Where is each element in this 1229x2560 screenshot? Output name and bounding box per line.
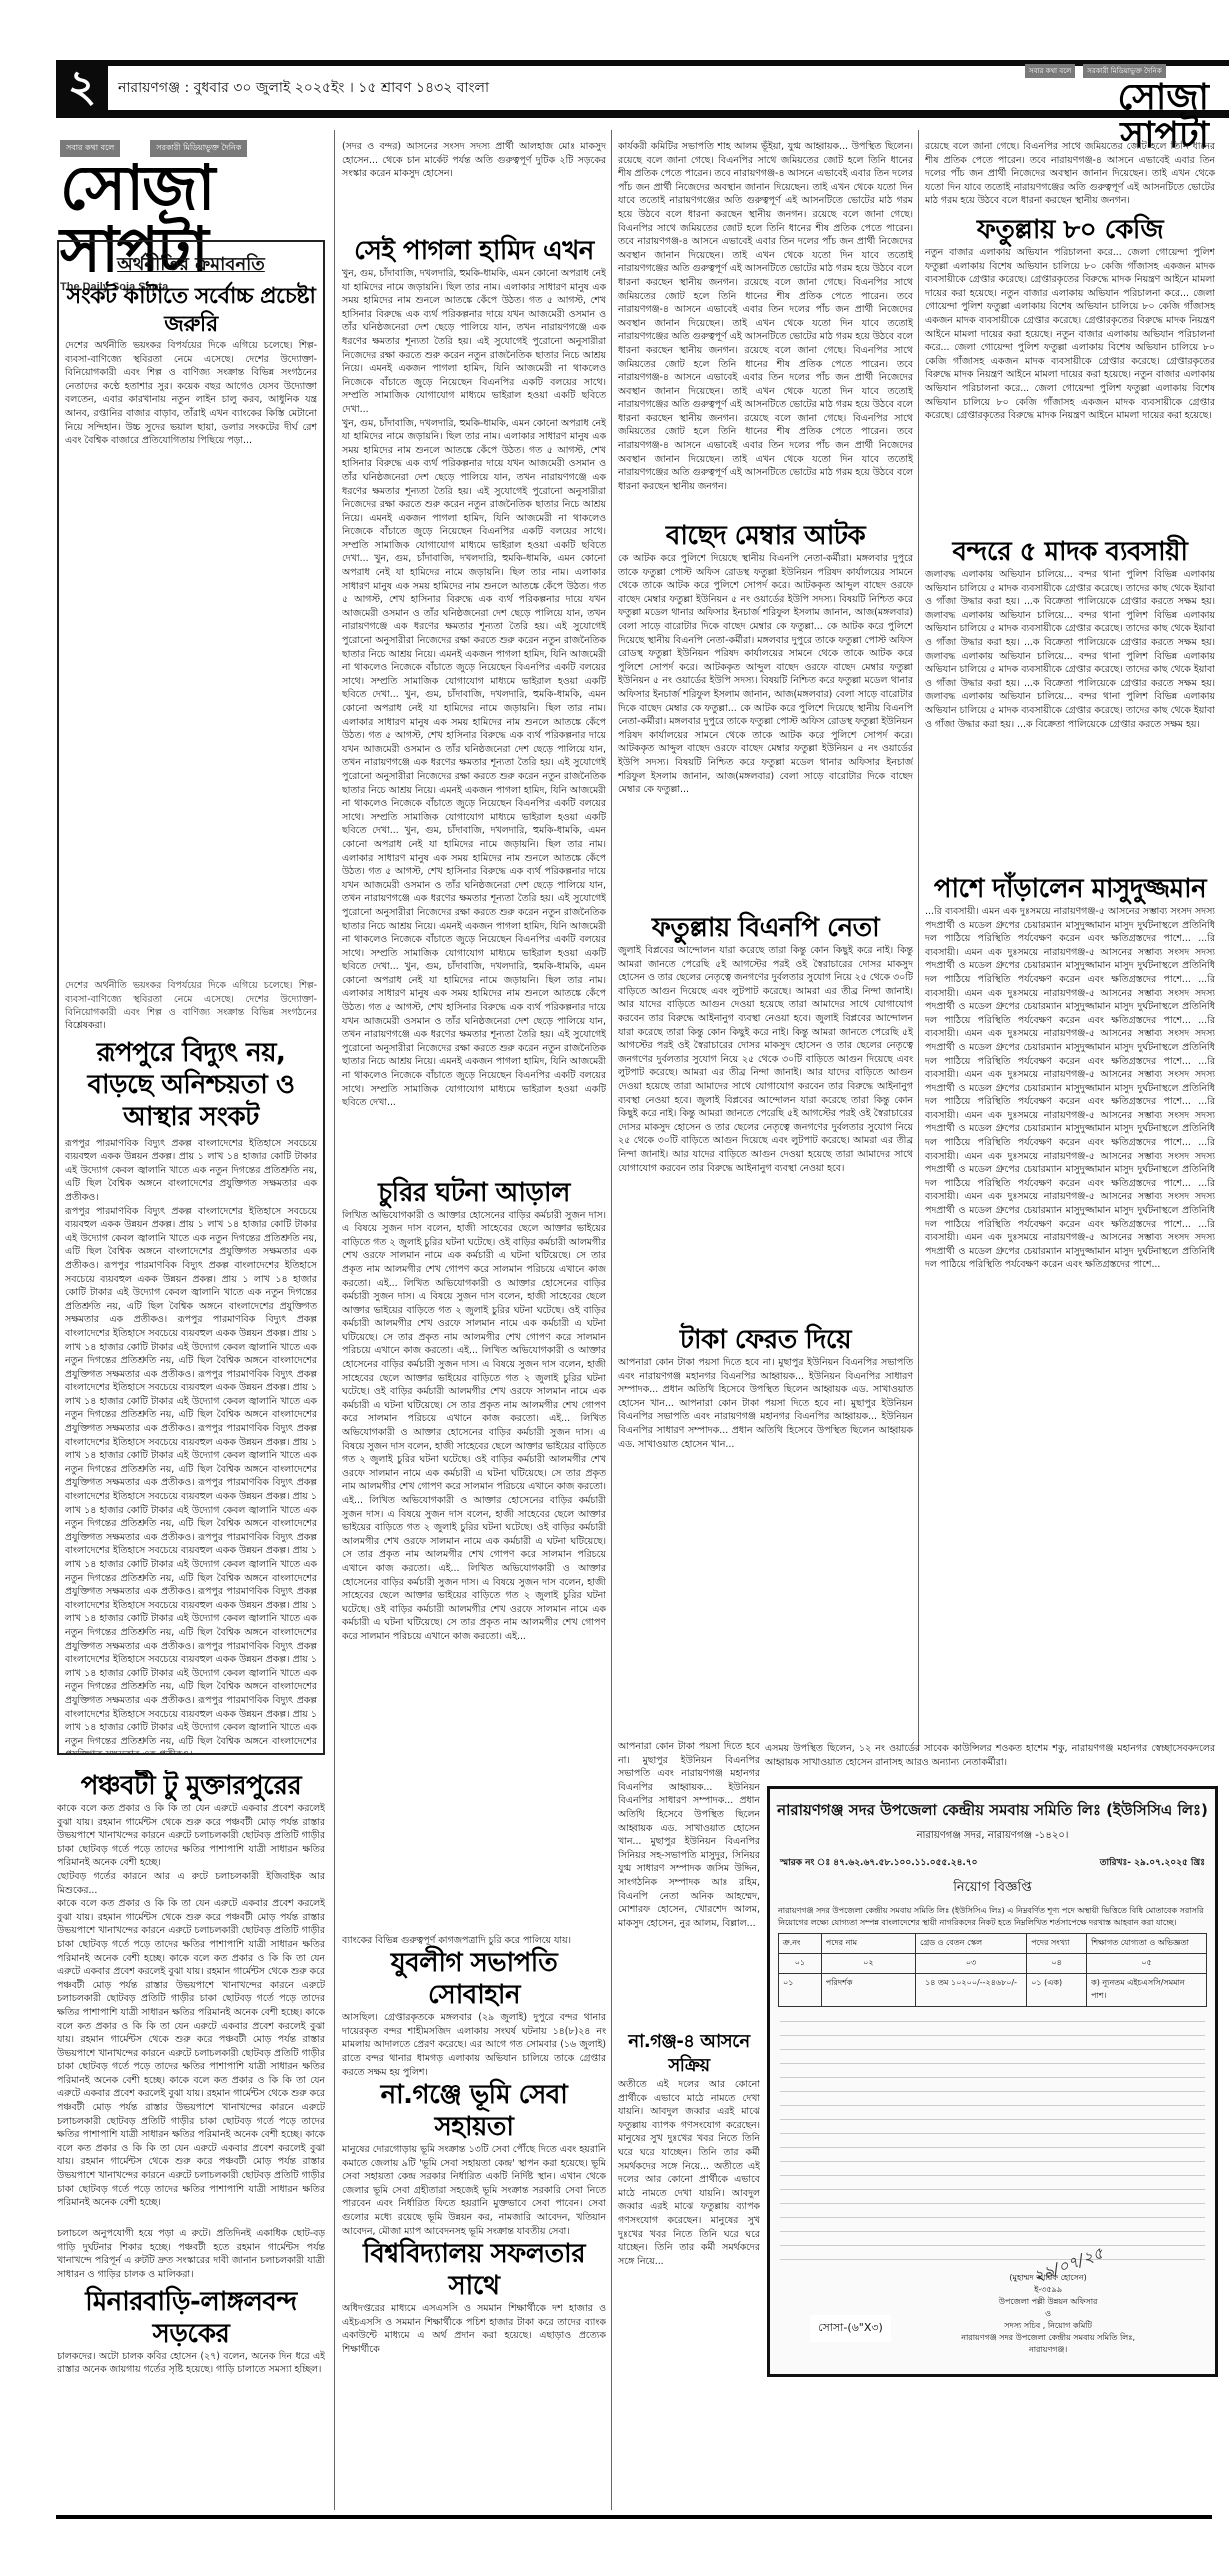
panchabati-body: কাকে বলে কত প্রকার ও কি কি তা যেন এরুটে …	[57, 1802, 325, 1870]
panchabati-body2: ছোটবড় গর্তের কারনে আর এ রুটে চলাচলকারী …	[57, 1870, 325, 1897]
panchabati-article: পঞ্চবটী টু মুক্তারপুরের কাকে বলে কত প্রক…	[57, 1770, 325, 2510]
fatullah-80kg-headline: ফতুল্লায় ৮০ কেজি	[925, 214, 1215, 246]
editorial-body: দেশের অর্থনীতি ভয়ংকর বিপর্যয়ের দিকে এগ…	[65, 339, 317, 979]
ad-intro: নারায়ণগঞ্জ সদর উপজেলা কেন্দ্রীয় সমবায়…	[770, 1899, 1215, 1929]
bachhed-body: কে আটক করে পুলিশে দিয়েছে স্থানীয় বিএনপ…	[618, 552, 913, 912]
bandar-drug-headline: বন্দরে ৫ মাদক ব্যবসায়ী	[925, 536, 1215, 568]
header-inner: নারায়ণগঞ্জ : বুধবার ৩০ জুলাই ২০২৫ইং । ১…	[108, 66, 1229, 110]
dateline: নারায়ণগঞ্জ : বুধবার ৩০ জুলাই ২০২৫ইং । ১…	[118, 76, 489, 100]
ad-date: তারিখঃ- ২৯.০৭.২০২৫ খ্রিঃ	[1100, 1855, 1205, 1870]
fatullah-bnp-headline: ফতুল্লায় বিএনপি নেতা	[618, 912, 913, 944]
page-header-band: ২ নারায়ণগঞ্জ : বুধবার ৩০ জুলাই ২০২৫ইং ।…	[56, 60, 1229, 118]
table-numbering-row: ০১ ০২ ০৩ ০৪ ০৫	[779, 1954, 1207, 1974]
column-2: (সদর ও বন্দর) আসনের সংসদ সদস্য প্রার্থী …	[342, 140, 606, 2510]
column-3: কার্যকরী কমিটির সভাপতি শাহ আলম ভূঁইয়া, …	[618, 140, 913, 1740]
ad-org-name: নারায়ণগঞ্জ সদর উপজেলা কেন্দ্রীয় সমবায়…	[770, 1799, 1215, 1824]
page-number: ২	[56, 60, 108, 118]
ad-title: নিয়োগ বিজ্ঞপ্তি	[770, 1878, 1215, 1899]
jubo-league-headline: যুবলীগ সভাপতি সোবাহান	[342, 1947, 606, 2011]
masthead: সবার কথা বলে সরকারী মিডিয়াভুক্ত দৈনিক স…	[60, 140, 330, 230]
masthead-tag-left: সবার কথা বলে	[1025, 64, 1075, 78]
page-bottom-rule	[56, 2515, 1212, 2519]
ad-vacancy-table: ক্র.নং পদের নাম গ্রেড ও বেতন স্কেল পদের …	[778, 1933, 1207, 2007]
fatullah-bnp-body: জুলাই বিপ্লবের আন্দোলন যারা করেছে তারা ক…	[618, 944, 913, 1324]
jubo-league-body: আসছিল। গ্রেপ্তারকৃতকে মঙ্গলবার (২৯ জুলাই…	[342, 2011, 606, 2079]
column-divider	[611, 130, 612, 2510]
university-body: অধিদপ্তরের মাধ্যমে এসএসসি ও সমমান শিক্ষা…	[342, 2302, 606, 2356]
column-divider	[334, 130, 335, 2510]
fatullah-80kg-body: নতুন বাজার এলাকায় অভিযান পরিচালনা করে..…	[925, 246, 1215, 536]
ng4-continued: রয়েছে বলে জানা গেছে। বিএনপির সাথে জমিয়…	[925, 140, 1215, 208]
ng4-sidebar: আপনারা কোন টাকা পয়সা দিতে হবে না। মুছাপ…	[618, 1740, 760, 2510]
editorial-headline: সংকট কাটাতে সর্বোচ্চ প্রচেষ্টা জরুরি	[65, 283, 317, 339]
masuduzzaman-body: ...রি ব্যবসায়ী। এমন এক দুঃসময়ে নারায়ণ…	[925, 905, 1215, 1735]
money-return-body: আপনারা কোন টাকা পয়সা দিতে হবে না। মুছাপ…	[618, 1356, 913, 1451]
land-service-headline: না.গঞ্জে ভূমি সেবা সহায়তা	[342, 2079, 606, 2143]
bachhed-headline: বাছেদ মেম্বার আটক	[618, 520, 913, 552]
hamid-body-continued: খুন, গুম, চাঁদাবাজি, দখলদারি, হুমকি-ধামক…	[342, 417, 606, 1177]
minarbari-body: চালকদের। অটো চালক কবির হোসেন (২৭) বলেন, …	[57, 2350, 325, 2377]
editorial-body-continued: দেশের অর্থনীতি ভয়ংকর বিপর্যয়ের দিকে এগ…	[65, 979, 317, 1019]
ng4-side-text: আপনারা কোন টাকা পয়সা দিতে হবে না। মুছাপ…	[618, 1740, 760, 2030]
ad-signatory: (মুহাম্মদ আরিফ হোসেন) ই-৩৫৯৯ উপজেলা পল্ল…	[961, 2272, 1135, 2356]
ad-conditions	[770, 2011, 1215, 2271]
rooppur-body: রূপপুর পারমাণবিক বিদ্যুৎ প্রকল্প বাংলাদে…	[65, 1137, 317, 1205]
panchabati-closing: চলাচলে অনুপযোগী হয়ে পড়া এ রুটে। প্রতিদ…	[57, 2227, 325, 2281]
column-divider	[918, 130, 919, 1750]
theft-closing: ব্যাংকের বিভিন্ন গুরুত্বপূর্ণ কাগজপত্রাদ…	[342, 1934, 606, 1948]
table-row: ০১ পরিদর্শক ১৪ তম ১০২০০/--২৪৬৮০/- ০১ (এক…	[779, 1974, 1207, 2007]
land-service-body: মানুষের দোরগোড়ায় ভূমি সংক্রান্ত ১৩টি স…	[342, 2143, 606, 2238]
ad-memo-row: স্মারক নং ঃ ৪৭.৬২.৬৭.৫৮.১০০.১১.০৫৫.২৪.৭০…	[770, 1845, 1215, 1870]
masthead-small: সবার কথা বলে সরকারী মিডিয়াভুক্ত দৈনিক স…	[1019, 64, 1209, 114]
hamid-body: খুন, গুম, চাঁদাবাজি, দখলদারি, হুমকি-ধামক…	[342, 267, 606, 417]
recruitment-advertisement: নারায়ণগঞ্জ সদর উপজেলা কেন্দ্রীয় সমবায়…	[767, 1786, 1218, 2377]
panchabati-filler: কাকে বলে কত প্রকার ও কি কি তা যেন এরুটে …	[57, 1897, 325, 2227]
column-4: রয়েছে বলে জানা গেছে। বিএনপির সাথে জমিয়…	[925, 140, 1215, 1740]
ad-memo: স্মারক নং ঃ ৪৭.৬২.৬৭.৫৮.১০০.১১.০৫৫.২৪.৭০	[780, 1855, 978, 1870]
rooppur-headline: রূপপুরে বিদ্যুৎ নয়, বাড়ছে অনিশ্চয়তা ও…	[65, 1037, 317, 1133]
ad-address: নারায়ণগঞ্জ সদর, নারায়ণগঞ্জ -১৪২০।	[770, 1828, 1215, 1845]
bandar-drug-body: জলাবদ্ধ এলাকায় অভিযান চালিয়ে... বন্দর …	[925, 568, 1215, 873]
rooppur-body-continued: রূপপুর পারমাণবিক বিদ্যুৎ প্রকল্প বাংলাদে…	[65, 1205, 317, 1755]
hamid-headline: সেই পাগলা হামিদ এখন	[342, 235, 606, 267]
theft-body: লিখিত অভিযোগকারী ও আক্তার হোসেনের বাড়ির…	[342, 1209, 606, 1934]
panchabati-headline: পঞ্চবটী টু মুক্তারপুরের	[57, 1770, 325, 1802]
hamid-lead-in: (সদর ও বন্দর) আসনের সংসদ সদস্য প্রার্থী …	[342, 140, 606, 235]
theft-headline: চুরির ঘটনা আড়াল	[342, 1177, 606, 1209]
editorial-closing: বিশ্লেষকরা।	[65, 1019, 317, 1033]
minarbari-headline: মিনারবাড়ি-লাঙ্গলবন্দ সড়কের	[57, 2286, 325, 2350]
ad-code: সোসা-(৬"X৩)	[810, 2315, 891, 2342]
money-return-headline: টাকা ফেরত দিয়ে	[618, 1324, 913, 1356]
ng4-headline: না.গঞ্জ-৪ আসনে সক্রিয়	[618, 2030, 760, 2078]
masuduzzaman-closing: এসময় উপস্থিত ছিলেন, ১২ নং ওয়ার্ডের সাব…	[765, 1742, 1215, 1769]
editorial-kicker: অর্থনীতির ক্রমাবনতি	[65, 250, 317, 281]
table-header-row: ক্র.নং পদের নাম গ্রেড ও বেতন স্কেল পদের …	[779, 1934, 1207, 1954]
ng4-body: অতীতে এই দলের আর কোনো প্রার্থীকে এভাবে ম…	[618, 2078, 760, 2268]
editorial-box: অর্থনীতির ক্রমাবনতি সংকট কাটাতে সর্বোচ্চ…	[57, 240, 325, 1755]
university-headline: বিশ্ববিদ্যালয় সফলতার সাথে	[342, 2238, 606, 2302]
masuduzzaman-headline: পাশে দাঁড়ালেন মাসুদুজ্জমান	[925, 873, 1215, 905]
bachhed-lead-in: কার্যকরী কমিটির সভাপতি শাহ আলম ভূঁইয়া, …	[618, 140, 913, 520]
